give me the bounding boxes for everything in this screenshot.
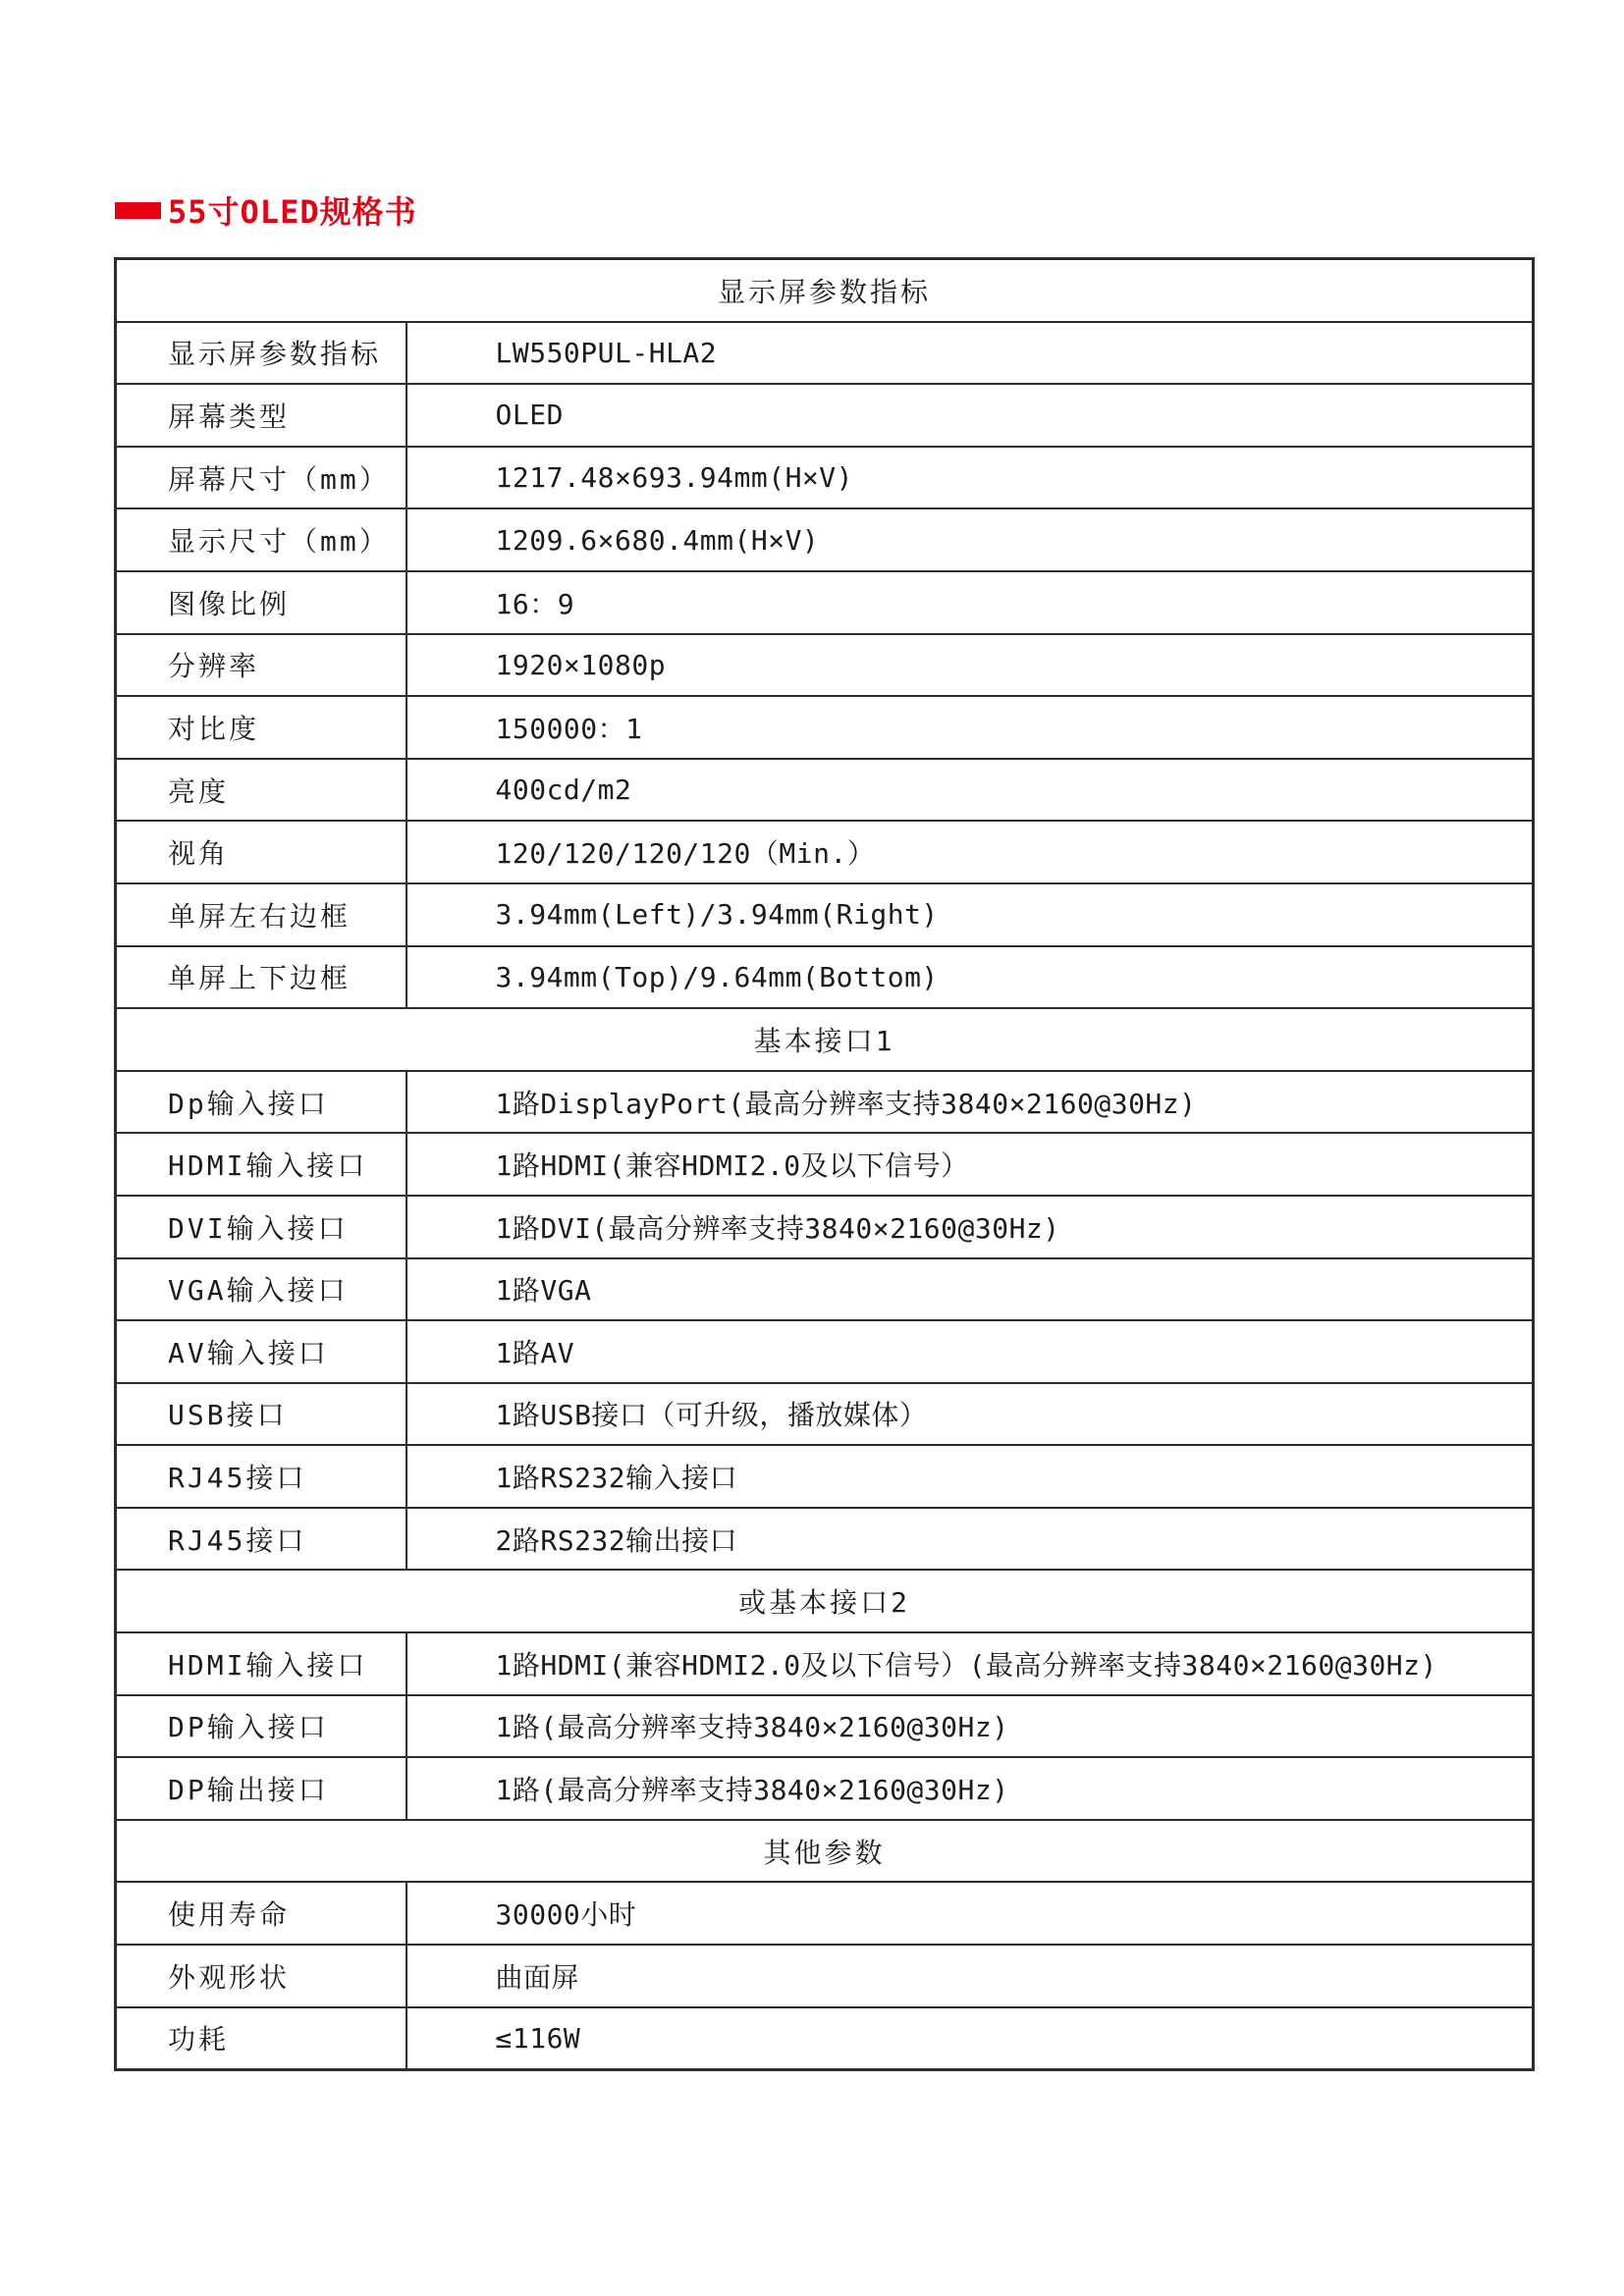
- spec-row: 显示尺寸（mm）1209.6×680.4mm(H×V): [116, 508, 1534, 571]
- spec-label-cell: HDMI输入接口: [116, 1133, 406, 1196]
- spec-label-cell: RJ45接口: [116, 1508, 406, 1571]
- spec-label-cell: 功耗: [116, 2007, 406, 2070]
- spec-value-cell: 1路USB接口（可升级，播放媒体）: [406, 1383, 1534, 1446]
- spec-label-cell: 显示屏参数指标: [116, 322, 406, 385]
- spec-value-cell: 1920×1080p: [406, 634, 1534, 697]
- spec-row: DVI输入接口1路DVI(最高分辨率支持3840×2160@30Hz): [116, 1196, 1534, 1258]
- spec-value-cell: 1路HDMI(兼容HDMI2.0及以下信号）: [406, 1133, 1534, 1196]
- spec-value-cell: 1路DVI(最高分辨率支持3840×2160@30Hz): [406, 1196, 1534, 1258]
- spec-label-cell: 对比度: [116, 696, 406, 759]
- spec-label-cell: 单屏上下边框: [116, 946, 406, 1009]
- spec-row: 屏幕类型OLED: [116, 384, 1534, 447]
- spec-value-cell: 1路DisplayPort(最高分辨率支持3840×2160@30Hz): [406, 1071, 1534, 1134]
- document-page: 55寸OLED规格书 显示屏参数指标显示屏参数指标LW550PUL-HLA2屏幕…: [0, 0, 1624, 2296]
- spec-row: 使用寿命30000小时: [116, 1882, 1534, 1945]
- spec-label-cell: DP输出接口: [116, 1757, 406, 1820]
- spec-label-cell: USB接口: [116, 1383, 406, 1446]
- section-header-cell: 显示屏参数指标: [116, 259, 1534, 322]
- page-title: 55寸OLED规格书: [168, 187, 417, 233]
- spec-label-cell: 屏幕类型: [116, 384, 406, 447]
- spec-label-cell: VGA输入接口: [116, 1258, 406, 1321]
- section-header-cell: 或基本接口2: [116, 1570, 1534, 1632]
- spec-value-cell: 曲面屏: [406, 1945, 1534, 2007]
- section-header-row: 显示屏参数指标: [116, 259, 1534, 322]
- document-title-block: 55寸OLED规格书: [115, 187, 417, 233]
- spec-label-cell: 视角: [116, 821, 406, 883]
- spec-row: 显示屏参数指标LW550PUL-HLA2: [116, 322, 1534, 385]
- spec-value-cell: ≤116W: [406, 2007, 1534, 2070]
- spec-label-cell: DP输入接口: [116, 1695, 406, 1758]
- spec-row: Dp输入接口1路DisplayPort(最高分辨率支持3840×2160@30H…: [116, 1071, 1534, 1134]
- spec-row: RJ45接口2路RS232输出接口: [116, 1508, 1534, 1571]
- spec-row: HDMI输入接口1路HDMI(兼容HDMI2.0及以下信号）: [116, 1133, 1534, 1196]
- section-header-cell: 其他参数: [116, 1820, 1534, 1883]
- spec-table: 显示屏参数指标显示屏参数指标LW550PUL-HLA2屏幕类型OLED屏幕尺寸（…: [114, 257, 1535, 2071]
- section-header-cell: 基本接口1: [116, 1008, 1534, 1071]
- spec-row: USB接口1路USB接口（可升级，播放媒体）: [116, 1383, 1534, 1446]
- spec-value-cell: 1路VGA: [406, 1258, 1534, 1321]
- spec-row: VGA输入接口1路VGA: [116, 1258, 1534, 1321]
- spec-row: 分辨率1920×1080p: [116, 634, 1534, 697]
- spec-value-cell: 150000：1: [406, 696, 1534, 759]
- spec-row: 单屏上下边框3.94mm(Top)/9.64mm(Bottom): [116, 946, 1534, 1009]
- spec-row: DP输出接口1路(最高分辨率支持3840×2160@30Hz): [116, 1757, 1534, 1820]
- spec-label-cell: 单屏左右边框: [116, 883, 406, 946]
- spec-value-cell: 3.94mm(Top)/9.64mm(Bottom): [406, 946, 1534, 1009]
- spec-row: 视角120/120/120/120（Min.）: [116, 821, 1534, 883]
- spec-row: 对比度150000：1: [116, 696, 1534, 759]
- spec-value-cell: OLED: [406, 384, 1534, 447]
- spec-label-cell: 分辨率: [116, 634, 406, 697]
- section-header-row: 其他参数: [116, 1820, 1534, 1883]
- spec-row: 外观形状曲面屏: [116, 1945, 1534, 2007]
- spec-value-cell: 2路RS232输出接口: [406, 1508, 1534, 1571]
- spec-value-cell: 1217.48×693.94mm(H×V): [406, 447, 1534, 509]
- spec-label-cell: 亮度: [116, 759, 406, 822]
- spec-row: 单屏左右边框3.94mm(Left)/3.94mm(Right): [116, 883, 1534, 946]
- spec-label-cell: HDMI输入接口: [116, 1632, 406, 1695]
- spec-row: 亮度400cd/m2: [116, 759, 1534, 822]
- spec-row: 屏幕尺寸（mm）1217.48×693.94mm(H×V): [116, 447, 1534, 509]
- spec-label-cell: 屏幕尺寸（mm）: [116, 447, 406, 509]
- spec-row: RJ45接口1路RS232输入接口: [116, 1445, 1534, 1508]
- spec-label-cell: RJ45接口: [116, 1445, 406, 1508]
- spec-row: 图像比例16：9: [116, 571, 1534, 634]
- spec-table-body: 显示屏参数指标显示屏参数指标LW550PUL-HLA2屏幕类型OLED屏幕尺寸（…: [116, 259, 1534, 2070]
- spec-value-cell: 1路(最高分辨率支持3840×2160@30Hz): [406, 1757, 1534, 1820]
- spec-value-cell: 1路(最高分辨率支持3840×2160@30Hz): [406, 1695, 1534, 1758]
- spec-value-cell: 3.94mm(Left)/3.94mm(Right): [406, 883, 1534, 946]
- section-header-row: 或基本接口2: [116, 1570, 1534, 1632]
- spec-label-cell: DVI输入接口: [116, 1196, 406, 1258]
- spec-value-cell: 400cd/m2: [406, 759, 1534, 822]
- spec-value-cell: 1路HDMI(兼容HDMI2.0及以下信号）(最高分辨率支持3840×2160@…: [406, 1632, 1534, 1695]
- spec-value-cell: 1路RS232输入接口: [406, 1445, 1534, 1508]
- spec-value-cell: 1路AV: [406, 1320, 1534, 1383]
- red-bar-icon: [115, 202, 161, 219]
- spec-label-cell: 显示尺寸（mm）: [116, 508, 406, 571]
- spec-label-cell: Dp输入接口: [116, 1071, 406, 1134]
- spec-label-cell: 图像比例: [116, 571, 406, 634]
- section-header-row: 基本接口1: [116, 1008, 1534, 1071]
- spec-label-cell: AV输入接口: [116, 1320, 406, 1383]
- spec-row: HDMI输入接口1路HDMI(兼容HDMI2.0及以下信号）(最高分辨率支持38…: [116, 1632, 1534, 1695]
- spec-row: DP输入接口1路(最高分辨率支持3840×2160@30Hz): [116, 1695, 1534, 1758]
- spec-value-cell: LW550PUL-HLA2: [406, 322, 1534, 385]
- spec-value-cell: 16：9: [406, 571, 1534, 634]
- spec-value-cell: 120/120/120/120（Min.）: [406, 821, 1534, 883]
- spec-row: 功耗≤116W: [116, 2007, 1534, 2070]
- spec-value-cell: 30000小时: [406, 1882, 1534, 1945]
- spec-value-cell: 1209.6×680.4mm(H×V): [406, 508, 1534, 571]
- spec-label-cell: 外观形状: [116, 1945, 406, 2007]
- spec-label-cell: 使用寿命: [116, 1882, 406, 1945]
- spec-row: AV输入接口1路AV: [116, 1320, 1534, 1383]
